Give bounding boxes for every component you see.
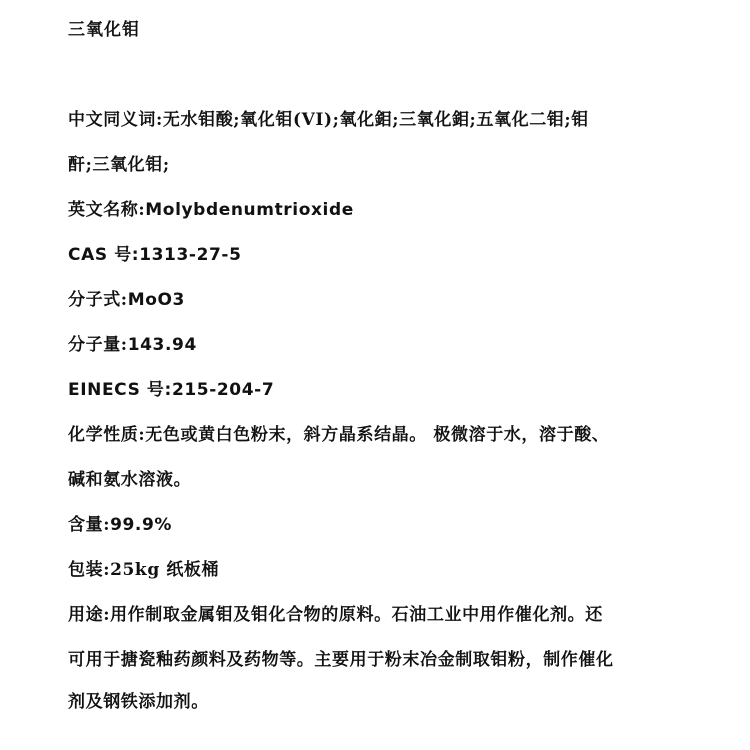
usage-value: 用作制取金属钼及钼化合物的原料。石油工业中用作催化剂。还 (110, 605, 603, 625)
english-name-value: Molybdenumtrioxide (145, 200, 354, 220)
formula-line: 分子式:MoO3 (68, 288, 185, 312)
einecs-line: EINECS 号:215-204-7 (68, 378, 274, 402)
cas-line: CAS 号:1313-27-5 (68, 243, 242, 267)
english-name-line: 英文名称:Molybdenumtrioxide (68, 198, 354, 222)
synonyms-line-2: 酐;三氧化钼; (68, 153, 170, 177)
einecs-value: 215-204-7 (172, 380, 274, 400)
properties-label: 化学性质: (68, 425, 145, 445)
usage-line-3: 剂及钢铁添加剂。 (68, 690, 209, 714)
cas-label: CAS 号: (68, 245, 139, 265)
synonyms-value-cont: 酐;三氧化钼; (68, 155, 170, 175)
synonyms-value: 无水钼酸;氧化钼(VI);氧化鉬;三氧化鉬;五氧化二钼;钼 (163, 110, 589, 130)
content-line: 含量:99.9% (68, 513, 172, 537)
synonyms-label: 中文同义词: (68, 110, 163, 130)
packaging-value: 25kg 纸板桶 (110, 560, 219, 580)
usage-value-cont-2: 剂及钢铁添加剂。 (68, 692, 209, 712)
einecs-label: EINECS 号: (68, 380, 172, 400)
molecular-weight-label: 分子量: (68, 335, 128, 355)
packaging-label: 包装: (68, 560, 110, 580)
content-label: 含量: (68, 515, 110, 535)
formula-value: MoO3 (128, 290, 185, 310)
synonyms-line-1: 中文同义词:无水钼酸;氧化钼(VI);氧化鉬;三氧化鉬;五氧化二钼;钼 (68, 108, 589, 132)
usage-line-2: 可用于搪瓷釉药颜料及药物等。主要用于粉末冶金制取钼粉，制作催化 (68, 648, 614, 672)
properties-line-2: 碱和氨水溶液。 (68, 468, 191, 492)
molecular-weight-line: 分子量:143.94 (68, 333, 197, 357)
usage-label: 用途: (68, 605, 110, 625)
molecular-weight-value: 143.94 (128, 335, 197, 355)
document-title: 三氧化钼 (68, 18, 140, 42)
properties-value-cont: 碱和氨水溶液。 (68, 470, 191, 490)
cas-value: 1313-27-5 (139, 245, 241, 265)
english-name-label: 英文名称: (68, 200, 145, 220)
properties-line-1: 化学性质:无色或黄白色粉末，斜方晶系结晶。 极微溶于水，溶于酸、 (68, 423, 609, 447)
formula-label: 分子式: (68, 290, 128, 310)
properties-value: 无色或黄白色粉末，斜方晶系结晶。 极微溶于水，溶于酸、 (145, 425, 609, 445)
content-value: 99.9% (110, 515, 172, 535)
usage-value-cont-1: 可用于搪瓷釉药颜料及药物等。主要用于粉末冶金制取钼粉，制作催化 (68, 650, 614, 670)
packaging-line: 包装:25kg 纸板桶 (68, 558, 219, 582)
usage-line-1: 用途:用作制取金属钼及钼化合物的原料。石油工业中用作催化剂。还 (68, 603, 603, 627)
